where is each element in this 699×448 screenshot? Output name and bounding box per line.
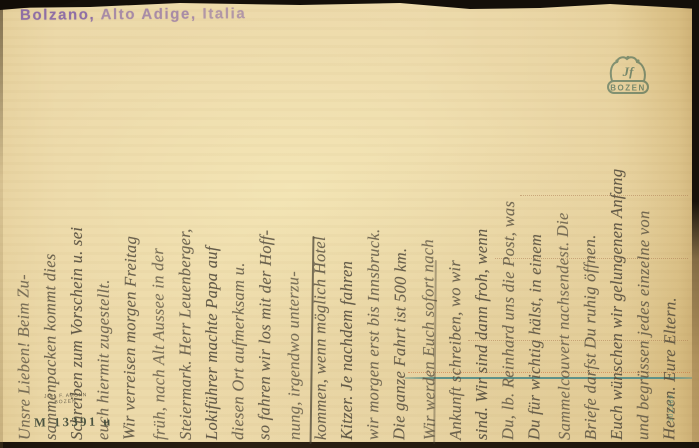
handwriting-line: nung, irgendwo unterzu-: [278, 36, 309, 440]
handwriting-line: euch hiermit zugestellt.: [90, 36, 119, 440]
handwriting-line: Wir verreisen morgen Freitag: [116, 36, 147, 440]
handwriting-line: Unsre Lieben! Beim Zu-: [8, 36, 39, 440]
handwriting-line: Wir werden Euch sofort nach: [413, 36, 444, 440]
handwriting-line: Ankunft schreiben, wo wir: [441, 36, 470, 440]
handwriting-line: Herzen. Eure Eltern.: [656, 36, 687, 440]
handwriting-line: Kitzer. Je nachdem fahren: [334, 36, 361, 440]
postcard-photo: Bolzano, Alto Adige, Italia Unsre Lieben…: [0, 0, 699, 448]
handwriting-line: früh, nach Alt Aussee in der: [143, 36, 174, 440]
photo-edge-bottom: [0, 442, 699, 448]
handstamp-text: Bolzano,: [20, 6, 95, 24]
handwriting-line: wir morgen erst bis Innsbruck.: [360, 36, 389, 440]
location-handstamp: Bolzano, Alto Adige, Italia: [20, 5, 246, 24]
publisher-mark: JOH. F. AMONN BOZEN: [44, 392, 87, 405]
seal-banner-text: BOZEN: [610, 84, 646, 93]
handstamp-text: Italia: [202, 5, 246, 22]
handwriting-line: Die ganze Fahrt ist 500 km.: [386, 36, 417, 440]
handwriting-line: Schreiben zum Vorschein u. sei: [64, 36, 91, 440]
handwriting-line: sammenpacken kommt dies: [36, 36, 65, 440]
handwriting-line: sind. Wir sind dann froh, wenn: [469, 36, 496, 440]
handwriting-line: Lokiführer machte Papa auf: [199, 36, 226, 440]
handstamp-text: Alto Adige,: [100, 6, 196, 24]
seal-monogram: Jf: [622, 64, 636, 79]
handwriting-line: Du, lb. Reinhard uns die Post, was: [495, 36, 524, 440]
side-print-code: 301389: [668, 388, 675, 428]
handwriting-lines-container: Unsre Lieben! Beim Zu-sammenpacken kommt…: [10, 36, 686, 440]
bozen-crest-seal: Jf BOZEN: [604, 53, 654, 108]
handwritten-message: Unsre Lieben! Beim Zu-sammenpacken kommt…: [10, 36, 686, 440]
crown-crest-icon: Jf BOZEN: [604, 53, 654, 103]
handwriting-line: so fahren wir los mit der Hoff-: [251, 36, 282, 440]
photo-edge-right: [692, 0, 699, 448]
handwriting-line: Briefe darfst Du ruhig öffnen.: [576, 36, 605, 440]
handwriting-line: Sammelcouvert nachsendest. Die: [548, 36, 579, 440]
photo-edge-left: [0, 0, 3, 448]
serial-number: M 13391 u: [34, 414, 113, 430]
handwriting-line: diesen Ort aufmerksam u.: [225, 36, 254, 440]
handwriting-line: Steiermark. Herr Leuenberger,: [171, 36, 200, 440]
handwriting-line: Du für wichtig hälst, in einem: [521, 36, 552, 440]
